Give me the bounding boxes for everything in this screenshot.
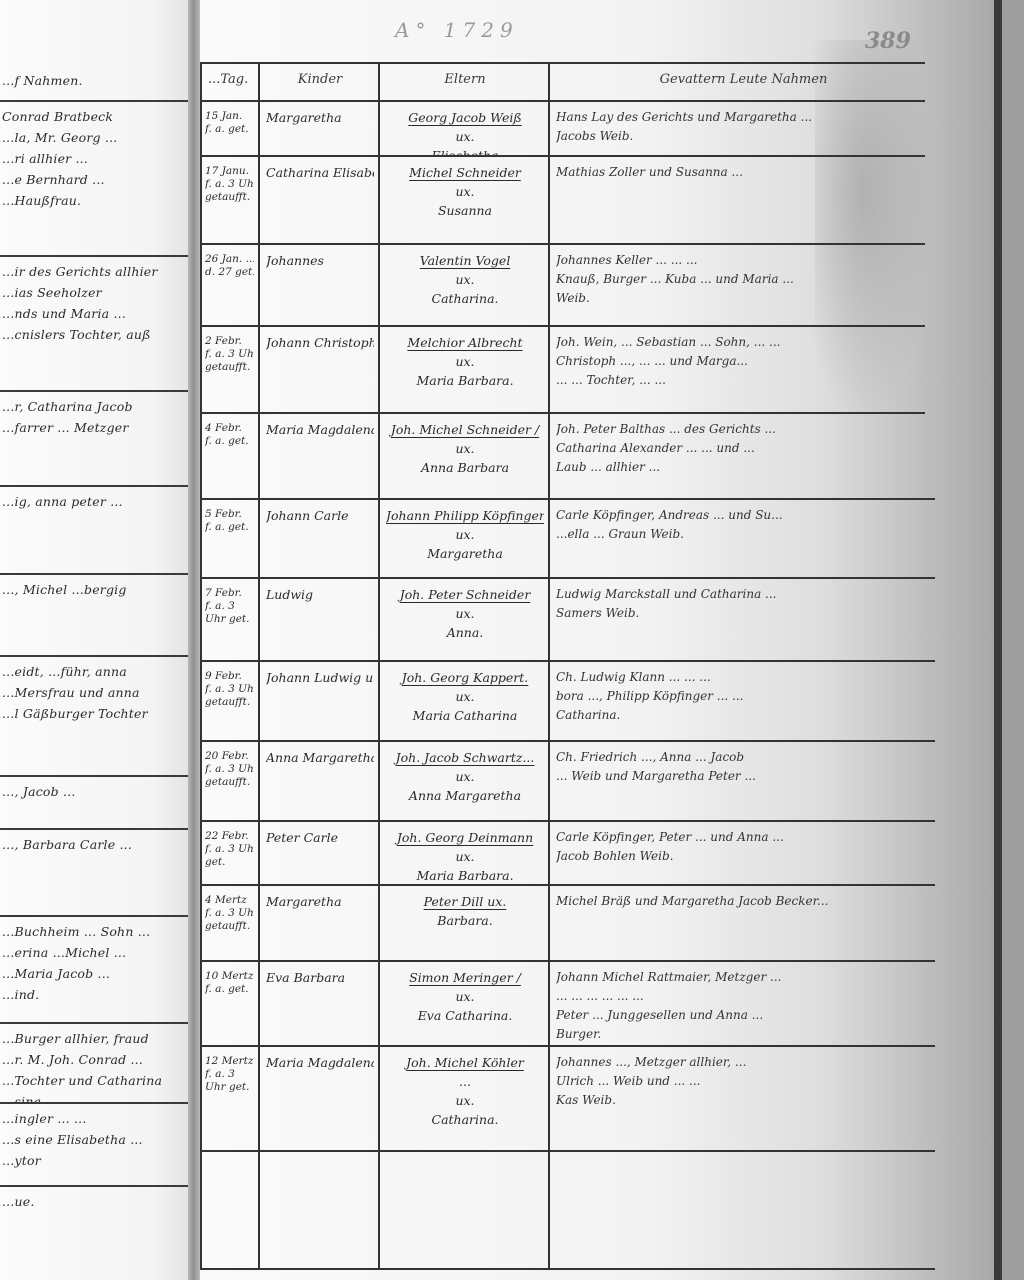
parent-line: Joh. Michel Köhler bbox=[386, 1053, 544, 1072]
parents-names: Simon Meringer /ux.Eva Catharina. bbox=[380, 962, 548, 1045]
parent-line: Johann Philipp Köpfinger bbox=[386, 506, 544, 525]
left-entry-line: ...Buchheim ... Sohn ... bbox=[2, 921, 188, 942]
sponsor-line: ... ... Tochter, ... ... bbox=[556, 371, 931, 390]
godparents-names: Carle Köpfinger, Peter ... und Anna ...J… bbox=[550, 822, 935, 884]
parents-names: Michel Schneiderux.Susanna bbox=[380, 157, 548, 243]
left-entry-line: ...ias Seeholzer bbox=[2, 282, 188, 303]
sponsor-line: Mathias Zoller und Susanna ... bbox=[556, 163, 931, 182]
date-line: getaufft. bbox=[205, 361, 254, 374]
child-name-text: Johannes bbox=[266, 251, 374, 270]
parent-line: Barbara. bbox=[386, 911, 544, 930]
godparents-names: Joh. Peter Balthas ... des Gerichts ...C… bbox=[550, 414, 935, 498]
sponsor-line: Christoph ..., ... ... und Marga... bbox=[556, 352, 931, 371]
date-line: f. a. get. bbox=[205, 435, 254, 448]
parent-line: ux. bbox=[386, 847, 544, 866]
parent-line: Joh. Jacob Schwartz... bbox=[386, 748, 544, 767]
page-heading: A° 1729 bbox=[395, 18, 655, 42]
left-page-entry: Conrad Bratbeck...la, Mr. Georg ......ri… bbox=[0, 100, 188, 255]
sponsor-line: Hans Lay des Gerichts und Margaretha ... bbox=[556, 108, 931, 127]
sponsor-line: Joh. Wein, ... Sebastian ... Sohn, ... .… bbox=[556, 333, 931, 352]
baptism-date: 5 Febr.f. a. get. bbox=[202, 500, 258, 577]
date-line: getaufft. bbox=[205, 696, 254, 709]
parent-line: Eva Catharina. bbox=[386, 1006, 544, 1025]
parent-line: Anna. bbox=[386, 623, 544, 642]
left-entry-line: ...eidt, ...führ, anna bbox=[2, 661, 188, 682]
child-name: Maria Magdalena bbox=[260, 1047, 378, 1150]
parents-names: Georg Jacob Weißux.Elisabetha bbox=[380, 102, 548, 155]
parents-names: Joh. Georg Kappert.ux.Maria Catharina bbox=[380, 662, 548, 740]
date-line: getaufft. bbox=[205, 191, 254, 204]
sponsor-line: Johannes ..., Metzger allhier, ... bbox=[556, 1053, 931, 1072]
child-name: Johann Carle bbox=[260, 500, 378, 577]
left-entry-line: ...sina. bbox=[2, 1091, 188, 1102]
row-rule bbox=[200, 1150, 935, 1152]
date-line: f. a. get. bbox=[205, 983, 254, 996]
sponsor-line: Ch. Ludwig Klann ... ... ... bbox=[556, 668, 931, 687]
parent-line: Joh. Peter Schneider bbox=[386, 585, 544, 604]
sponsor-line: Carle Köpfinger, Peter ... und Anna ... bbox=[556, 828, 931, 847]
date-line: f. a. 3 bbox=[205, 1068, 254, 1081]
left-entry-line: ...Haußfrau. bbox=[2, 190, 188, 211]
date-line: f. a. 3 Uhr bbox=[205, 907, 254, 920]
parent-line: ux. bbox=[386, 182, 544, 201]
page-edge bbox=[994, 0, 1002, 1280]
sponsor-line: Johannes Keller ... ... ... bbox=[556, 251, 931, 270]
sponsor-line: Burger. bbox=[556, 1025, 931, 1044]
date-line: d. 27 get. bbox=[205, 266, 254, 279]
parents-names: Valentin Vogelux.Catharina. bbox=[380, 245, 548, 325]
child-name: Maria Magdalena bbox=[260, 414, 378, 498]
sponsor-line: Jacobs Weib. bbox=[556, 127, 931, 146]
parent-line: ux. bbox=[386, 987, 544, 1006]
date-line: f. a. 3 Uhr bbox=[205, 843, 254, 856]
left-page-entry: ..., Michel ...bergig bbox=[0, 573, 188, 655]
sponsor-line: Laub ... allhier ... bbox=[556, 458, 931, 477]
date-header: ...Tag. bbox=[202, 64, 258, 100]
sponsor-line: Ludwig Marckstall und Catharina ... bbox=[556, 585, 931, 604]
parent-line: Simon Meringer / bbox=[386, 968, 544, 987]
parent-line: Anna Barbara bbox=[386, 458, 544, 477]
parent-line: ux. bbox=[386, 439, 544, 458]
parent-line: Maria Barbara. bbox=[386, 866, 544, 884]
row-rule bbox=[200, 1268, 935, 1270]
date-line: 4 Febr. bbox=[205, 422, 254, 435]
left-page-entry: ...ue. bbox=[0, 1185, 188, 1275]
baptism-date: 7 Febr.f. a. 3Uhr get. bbox=[202, 579, 258, 660]
left-entry-line: ...s eine Elisabetha ... bbox=[2, 1129, 188, 1150]
sponsor-line: Ch. Friedrich ..., Anna ... Jacob bbox=[556, 748, 931, 767]
date-line: getaufft. bbox=[205, 776, 254, 789]
left-page-entry: ...ingler ... ......s eine Elisabetha ..… bbox=[0, 1102, 188, 1185]
child-name-text: Margaretha bbox=[266, 108, 374, 127]
child-name: Ludwig bbox=[260, 579, 378, 660]
sponsor-line: Knauß, Burger ... Kuba ... und Maria ... bbox=[556, 270, 931, 289]
sponsor-line: Samers Weib. bbox=[556, 604, 931, 623]
date-line: 10 Mertz bbox=[205, 970, 254, 983]
sponsor-line: Johann Michel Rattmaier, Metzger ... bbox=[556, 968, 931, 987]
baptism-date: 2 Febr.f. a. 3 Uhrgetaufft. bbox=[202, 327, 258, 412]
left-page-header: ...f Nahmen. bbox=[0, 66, 188, 102]
date-line: f. a. 3 Uhr bbox=[205, 348, 254, 361]
parent-line: Elisabetha bbox=[386, 146, 544, 155]
child-name-text: Peter Carle bbox=[266, 828, 374, 847]
godparents-names: Ch. Ludwig Klann ... ... ...bora ..., Ph… bbox=[550, 662, 935, 740]
godparents-names: Joh. Wein, ... Sebastian ... Sohn, ... .… bbox=[550, 327, 935, 412]
date-line: 7 Febr. bbox=[205, 587, 254, 600]
parent-line: ux. bbox=[386, 767, 544, 786]
parent-line: Valentin Vogel bbox=[386, 251, 544, 270]
left-page-entry: ..., Barbara Carle ... bbox=[0, 828, 188, 915]
baptism-date: 4 Febr.f. a. get. bbox=[202, 414, 258, 498]
left-entry-line: ...ytor bbox=[2, 1150, 188, 1171]
sponsor-line: Ulrich ... Weib und ... ... bbox=[556, 1072, 931, 1091]
left-entry-line: ...Maria Jacob ... bbox=[2, 963, 188, 984]
godparents-names: Johannes Keller ... ... ...Knauß, Burger… bbox=[550, 245, 935, 325]
parent-line: Catharina. bbox=[386, 289, 544, 308]
parent-line: ux. bbox=[386, 352, 544, 371]
child-name-text: Johann Carle bbox=[266, 506, 374, 525]
parent-line: Maria Catharina bbox=[386, 706, 544, 725]
parent-line: ux. bbox=[386, 604, 544, 623]
child-name-text: Margaretha bbox=[266, 892, 374, 911]
left-page-entry: ...eidt, ...führ, anna...Mersfrau und an… bbox=[0, 655, 188, 775]
baptism-date: 15 Jan.f. a. get. bbox=[202, 102, 258, 155]
left-page-entry: ...Buchheim ... Sohn ......erina ...Mich… bbox=[0, 915, 188, 1022]
baptism-date: 17 Janu.f. a. 3 Uhrgetaufft. bbox=[202, 157, 258, 243]
date-line: 4 Mertz bbox=[205, 894, 254, 907]
parents-names: Joh. Jacob Schwartz...ux.Anna Margaretha bbox=[380, 742, 548, 820]
parent-line: ux. bbox=[386, 1091, 544, 1110]
date-line: 17 Janu. bbox=[205, 165, 254, 178]
parents-names: Peter Dill ux.Barbara. bbox=[380, 886, 548, 960]
parents-names: Joh. Michel Köhler...ux.Catharina. bbox=[380, 1047, 548, 1150]
date-line: Uhr get. bbox=[205, 613, 254, 626]
left-entry-line: ...ingler ... ... bbox=[2, 1108, 188, 1129]
children-header: Kinder bbox=[260, 64, 378, 100]
parent-line: Margaretha bbox=[386, 544, 544, 563]
child-name-text: Johann Ludwig und Elisabetha bbox=[266, 668, 374, 687]
left-entry-line: ...Burger allhier, fraud bbox=[2, 1028, 188, 1049]
left-entry-line: ...cnislers Tochter, auß bbox=[2, 324, 188, 345]
child-name: Anna Margaretha. bbox=[260, 742, 378, 820]
child-name: Peter Carle bbox=[260, 822, 378, 884]
left-page-entry: ...Burger allhier, fraud...r. M. Joh. Co… bbox=[0, 1022, 188, 1102]
sponsor-line: Peter ... Junggesellen und Anna ... bbox=[556, 1006, 931, 1025]
date-line: Uhr get. bbox=[205, 1081, 254, 1094]
date-line: 26 Jan. ... bbox=[205, 253, 254, 266]
left-entry-line: ...nds und Maria ... bbox=[2, 303, 188, 324]
sponsor-line: Kas Weib. bbox=[556, 1091, 931, 1110]
child-name-text: Maria Magdalena bbox=[266, 1053, 374, 1072]
child-name-text: Ludwig bbox=[266, 585, 374, 604]
left-entry-line: ..., Michel ...bergig bbox=[2, 579, 188, 600]
parent-line: Michel Schneider bbox=[386, 163, 544, 182]
left-entry-line: ...ri allhier ... bbox=[2, 148, 188, 169]
godparents-names: Carle Köpfinger, Andreas ... und Su.....… bbox=[550, 500, 935, 577]
parent-line: ux. bbox=[386, 687, 544, 706]
left-entry-line: ..., Barbara Carle ... bbox=[2, 834, 188, 855]
left-page-entry: ...ig, anna peter ... bbox=[0, 485, 188, 573]
parent-line: Maria Barbara. bbox=[386, 371, 544, 390]
sponsor-line: ...ella ... Graun Weib. bbox=[556, 525, 931, 544]
previous-page-fragment: ...f Nahmen. Conrad Bratbeck...la, Mr. G… bbox=[0, 0, 192, 1280]
date-line: f. a. 3 Uhr bbox=[205, 683, 254, 696]
sponsor-line: ... ... ... ... ... ... bbox=[556, 987, 931, 1006]
date-line: f. a. 3 bbox=[205, 600, 254, 613]
sponsor-line: Weib. bbox=[556, 289, 931, 308]
date-line: 20 Febr. bbox=[205, 750, 254, 763]
parent-line: ux. bbox=[386, 525, 544, 544]
date-line: get. bbox=[205, 856, 254, 869]
left-entry-line: Conrad Bratbeck bbox=[2, 106, 188, 127]
parent-line: Joh. Georg Kappert. bbox=[386, 668, 544, 687]
parent-line: Susanna bbox=[386, 201, 544, 220]
baptism-date: 26 Jan. ...d. 27 get. bbox=[202, 245, 258, 325]
parents-names: Joh. Peter Schneiderux.Anna. bbox=[380, 579, 548, 660]
left-page-entry: ..., Jacob ... bbox=[0, 775, 188, 828]
parent-line: ... bbox=[386, 1072, 544, 1091]
child-name: Johann Ludwig und Elisabetha bbox=[260, 662, 378, 740]
parent-line: Georg Jacob Weiß bbox=[386, 108, 544, 127]
parents-names: Johann Philipp Köpfingerux.Margaretha bbox=[380, 500, 548, 577]
child-name-text: Catharina Elisabetha bbox=[266, 163, 374, 182]
parent-line: Catharina. bbox=[386, 1110, 544, 1129]
left-entry-line: ...ig, anna peter ... bbox=[2, 491, 188, 512]
date-line: 12 Mertz bbox=[205, 1055, 254, 1068]
child-name: Catharina Elisabetha bbox=[260, 157, 378, 243]
date-line: 22 Febr. bbox=[205, 830, 254, 843]
sponsor-line: bora ..., Philipp Köpfinger ... ... bbox=[556, 687, 931, 706]
godparents-names: Ch. Friedrich ..., Anna ... Jacob... Wei… bbox=[550, 742, 935, 820]
child-name-text: Anna Margaretha. bbox=[266, 748, 374, 767]
date-line: 2 Febr. bbox=[205, 335, 254, 348]
left-entry-line: ...la, Mr. Georg ... bbox=[2, 127, 188, 148]
child-name: Margaretha bbox=[260, 102, 378, 155]
page-number: 389 bbox=[865, 28, 911, 54]
baptism-date: 9 Febr.f. a. 3 Uhrgetaufft. bbox=[202, 662, 258, 740]
child-name: Johann Christoph bbox=[260, 327, 378, 412]
baptism-date: 10 Mertzf. a. get. bbox=[202, 962, 258, 1045]
godparents-names: Mathias Zoller und Susanna ... bbox=[550, 157, 935, 243]
godparents-names: Ludwig Marckstall und Catharina ...Samer… bbox=[550, 579, 935, 660]
godparents-names: Michel Bräß und Margaretha Jacob Becker.… bbox=[550, 886, 935, 960]
left-page-entry: ...r, Catharina Jacob...farrer ... Metzg… bbox=[0, 390, 188, 485]
godparents-names: Hans Lay des Gerichts und Margaretha ...… bbox=[550, 102, 935, 155]
sponsor-line: Catharina Alexander ... ... und ... bbox=[556, 439, 931, 458]
parent-line: Anna Margaretha bbox=[386, 786, 544, 805]
date-line: 5 Febr. bbox=[205, 508, 254, 521]
baptism-date: 22 Febr.f. a. 3 Uhrget. bbox=[202, 822, 258, 884]
left-entry-line: ...Tochter und Catharina bbox=[2, 1070, 188, 1091]
sponsor-line: ... Weib und Margaretha Peter ... bbox=[556, 767, 931, 786]
child-name-text: Maria Magdalena bbox=[266, 420, 374, 439]
parent-line: Joh. Michel Schneider / bbox=[386, 420, 544, 439]
sponsor-line: Catharina. bbox=[556, 706, 931, 725]
date-line: getaufft. bbox=[205, 920, 254, 933]
godparents-names: Johannes ..., Metzger allhier, ...Ulrich… bbox=[550, 1047, 935, 1150]
child-name: Johannes bbox=[260, 245, 378, 325]
left-entry-line: ...r. M. Joh. Conrad ... bbox=[2, 1049, 188, 1070]
left-page-entry: ...ir des Gerichts allhier...ias Seeholz… bbox=[0, 255, 188, 390]
parents-names: Melchior Albrechtux.Maria Barbara. bbox=[380, 327, 548, 412]
sponsor-line: Carle Köpfinger, Andreas ... und Su... bbox=[556, 506, 931, 525]
date-line: f. a. 3 Uhr bbox=[205, 763, 254, 776]
parents-header: Eltern bbox=[380, 64, 548, 100]
parent-line: Joh. Georg Deinmann bbox=[386, 828, 544, 847]
left-entry-line: ...farrer ... Metzger bbox=[2, 417, 188, 438]
left-entry-line: ...ue. bbox=[2, 1191, 188, 1212]
child-name-text: Eva Barbara bbox=[266, 968, 374, 987]
scanner-background bbox=[1002, 0, 1024, 1280]
parent-line: Peter Dill ux. bbox=[386, 892, 544, 911]
godparents-names: Johann Michel Rattmaier, Metzger ...... … bbox=[550, 962, 935, 1045]
child-name: Eva Barbara bbox=[260, 962, 378, 1045]
parent-line: ux. bbox=[386, 270, 544, 289]
left-entry-line: ...e Bernhard ... bbox=[2, 169, 188, 190]
sponsor-line: Michel Bräß und Margaretha Jacob Becker.… bbox=[556, 892, 931, 911]
left-entry-line: ...erina ...Michel ... bbox=[2, 942, 188, 963]
left-entry-line: ...ind. bbox=[2, 984, 188, 1005]
date-line: f. a. get. bbox=[205, 521, 254, 534]
date-line: f. a. 3 Uhr bbox=[205, 178, 254, 191]
baptism-date: 4 Mertzf. a. 3 Uhrgetaufft. bbox=[202, 886, 258, 960]
left-entry-line: ...ir des Gerichts allhier bbox=[2, 261, 188, 282]
date-line: 15 Jan. bbox=[205, 110, 254, 123]
left-entry-line: ...Mersfrau und anna bbox=[2, 682, 188, 703]
parents-names: Joh. Georg Deinmannux.Maria Barbara. bbox=[380, 822, 548, 884]
parents-names: Joh. Michel Schneider /ux.Anna Barbara bbox=[380, 414, 548, 498]
baptism-date: 12 Mertzf. a. 3Uhr get. bbox=[202, 1047, 258, 1150]
sponsor-line: Joh. Peter Balthas ... des Gerichts ... bbox=[556, 420, 931, 439]
left-entry-line: ...l Gäßburger Tochter bbox=[2, 703, 188, 724]
left-entry-line: ..., Jacob ... bbox=[2, 781, 188, 802]
date-line: f. a. get. bbox=[205, 123, 254, 136]
left-entry-line: ...r, Catharina Jacob bbox=[2, 396, 188, 417]
baptism-date: 20 Febr.f. a. 3 Uhrgetaufft. bbox=[202, 742, 258, 820]
sponsor-line: Jacob Bohlen Weib. bbox=[556, 847, 931, 866]
parent-line: ux. bbox=[386, 127, 544, 146]
sponsors-header: Gevattern Leute Nahmen bbox=[550, 64, 935, 100]
child-name: Margaretha bbox=[260, 886, 378, 960]
parent-line: Melchior Albrecht bbox=[386, 333, 544, 352]
date-line: 9 Febr. bbox=[205, 670, 254, 683]
child-name-text: Johann Christoph bbox=[266, 333, 374, 352]
